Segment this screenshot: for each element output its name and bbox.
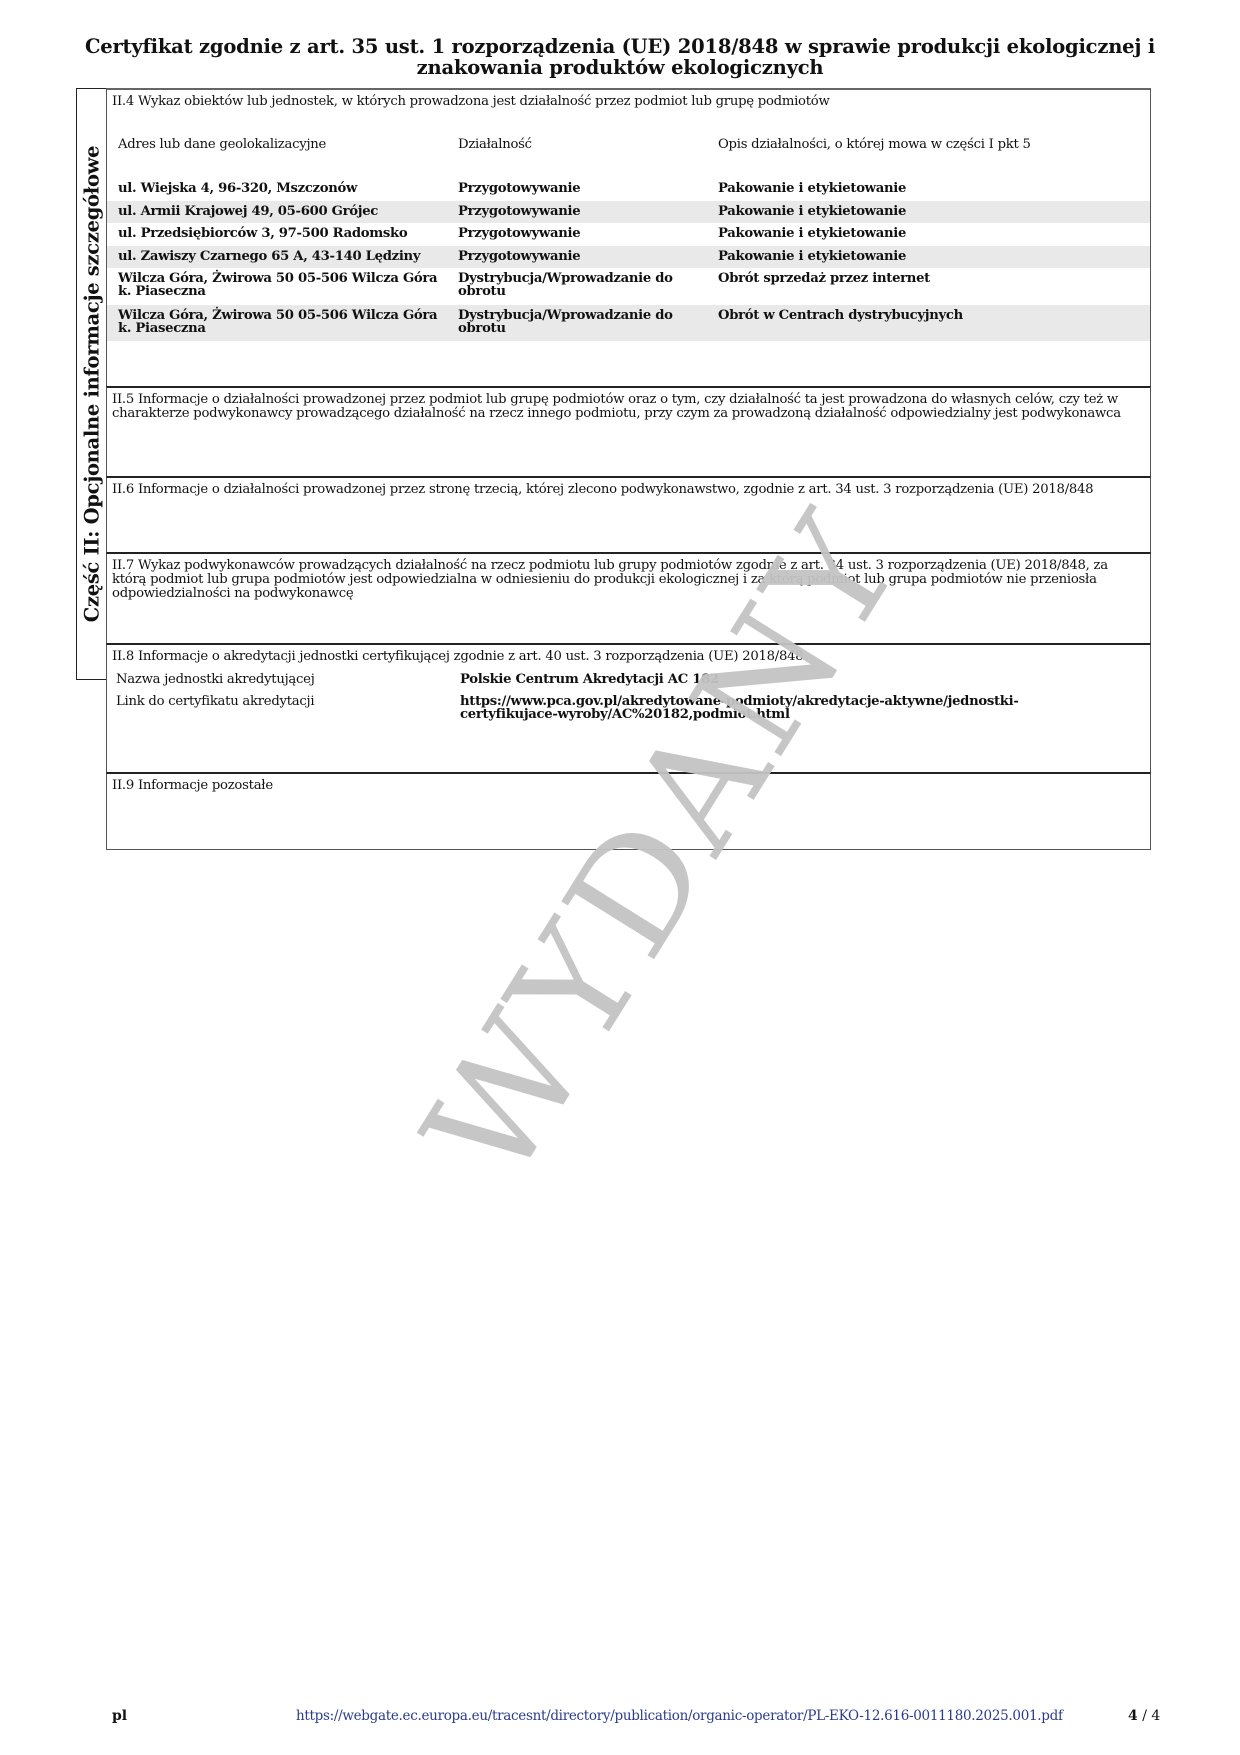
- section-ii-6-heading: II.6 Informacje o działalności prowadzon…: [107, 478, 1150, 497]
- table-row: Wilcza Góra, Żwirowa 50 05-506 Wilcza Gó…: [107, 268, 1150, 305]
- table-row: Wilcza Góra, Żwirowa 50 05-506 Wilcza Gó…: [107, 305, 1150, 342]
- table-row: ul. Wiejska 4, 96-320, Mszczonów Przygot…: [107, 178, 1150, 201]
- cell-address: Wilcza Góra, Żwirowa 50 05-506 Wilcza Gó…: [118, 272, 458, 305]
- column-header-activity: Działalność: [458, 138, 718, 178]
- cell-description: Obrót sprzedaż przez internet: [718, 272, 1150, 305]
- section-ii-5-heading: II.5 Informacje o działalności prowadzon…: [107, 388, 1150, 421]
- cell-description: Pakowanie i etykietowanie: [718, 227, 1150, 246]
- cell-address: Wilcza Góra, Żwirowa 50 05-506 Wilcza Gó…: [118, 309, 458, 342]
- column-header-address: Adres lub dane geolokalizacyjne: [118, 138, 458, 178]
- premises-table-header: Adres lub dane geolokalizacyjne Działaln…: [107, 138, 1150, 178]
- accreditation-body-row: Nazwa jednostki akredytującej Polskie Ce…: [107, 673, 1150, 687]
- footer-language: pl: [112, 1708, 127, 1724]
- document-title: Certyfikat zgodnie z art. 35 ust. 1 rozp…: [60, 36, 1180, 78]
- cell-description: Pakowanie i etykietowanie: [718, 182, 1150, 201]
- premises-table: Adres lub dane geolokalizacyjne Działaln…: [107, 138, 1150, 341]
- table-row: ul. Przedsiębiorców 3, 97-500 Radomsko P…: [107, 223, 1150, 246]
- cell-activity: Przygotowywanie: [458, 182, 718, 201]
- table-row: ul. Armii Krajowej 49, 05-600 Grójec Prz…: [107, 201, 1150, 224]
- cell-address: ul. Zawiszy Czarnego 65 A, 43-140 Lędzin…: [118, 250, 458, 269]
- cell-activity: Dystrybucja/Wprowadzanie do obrotu: [458, 272, 718, 305]
- page-total: / 4: [1142, 1708, 1160, 1724]
- cell-address: ul. Armii Krajowej 49, 05-600 Grójec: [118, 205, 458, 224]
- cell-activity: Przygotowywanie: [458, 250, 718, 269]
- section-ii-6: II.6 Informacje o działalności prowadzon…: [106, 476, 1151, 552]
- section-ii-5: II.5 Informacje o działalności prowadzon…: [106, 386, 1151, 476]
- cell-description: Pakowanie i etykietowanie: [718, 250, 1150, 269]
- part-side-label: Część II: Opcjonalne informacje szczegół…: [76, 88, 107, 680]
- accreditation-link-label: Link do certyfikatu akredytacji: [116, 695, 460, 721]
- certificate-part-ii: II.4 Wykaz obiektów lub jednostek, w któ…: [106, 88, 1151, 850]
- section-ii-4-heading: II.4 Wykaz obiektów lub jednostek, w któ…: [107, 90, 1150, 109]
- accreditation-link-value[interactable]: https://www.pca.gov.pl/akredytowane-podm…: [460, 695, 1150, 721]
- page-current: 4: [1128, 1708, 1138, 1724]
- section-ii-7: II.7 Wykaz podwykonawców prowadzących dz…: [106, 552, 1151, 643]
- section-ii-4: II.4 Wykaz obiektów lub jednostek, w któ…: [106, 88, 1151, 386]
- cell-activity: Przygotowywanie: [458, 227, 718, 246]
- accreditation-link-row: Link do certyfikatu akredytacji https://…: [107, 695, 1150, 721]
- section-ii-9-heading: II.9 Informacje pozostałe: [107, 774, 1150, 793]
- cell-activity: Przygotowywanie: [458, 205, 718, 224]
- column-header-description: Opis działalności, o której mowa w częśc…: [718, 138, 1150, 178]
- accreditation-body-value: Polskie Centrum Akredytacji AC 182: [460, 673, 1150, 687]
- table-row: ul. Zawiszy Czarnego 65 A, 43-140 Lędzin…: [107, 246, 1150, 269]
- cell-address: ul. Wiejska 4, 96-320, Mszczonów: [118, 182, 458, 201]
- section-ii-7-heading: II.7 Wykaz podwykonawców prowadzących dz…: [107, 554, 1150, 601]
- section-ii-8-heading: II.8 Informacje o akredytacji jednostki …: [107, 645, 1150, 664]
- part-side-label-text: Część II: Opcjonalne informacje szczegół…: [80, 146, 103, 623]
- accreditation-body-label: Nazwa jednostki akredytującej: [116, 673, 460, 687]
- cell-address: ul. Przedsiębiorców 3, 97-500 Radomsko: [118, 227, 458, 246]
- cell-description: Obrót w Centrach dystrybucyjnych: [718, 309, 1150, 342]
- accreditation-details: Nazwa jednostki akredytującej Polskie Ce…: [107, 673, 1150, 729]
- section-ii-9: II.9 Informacje pozostałe: [106, 772, 1151, 850]
- cell-activity: Dystrybucja/Wprowadzanie do obrotu: [458, 309, 718, 342]
- cell-description: Pakowanie i etykietowanie: [718, 205, 1150, 224]
- section-ii-8: II.8 Informacje o akredytacji jednostki …: [106, 643, 1151, 772]
- footer-document-link[interactable]: https://webgate.ec.europa.eu/tracesnt/di…: [296, 1708, 1063, 1724]
- footer-page-number: 4 / 4: [1128, 1708, 1160, 1724]
